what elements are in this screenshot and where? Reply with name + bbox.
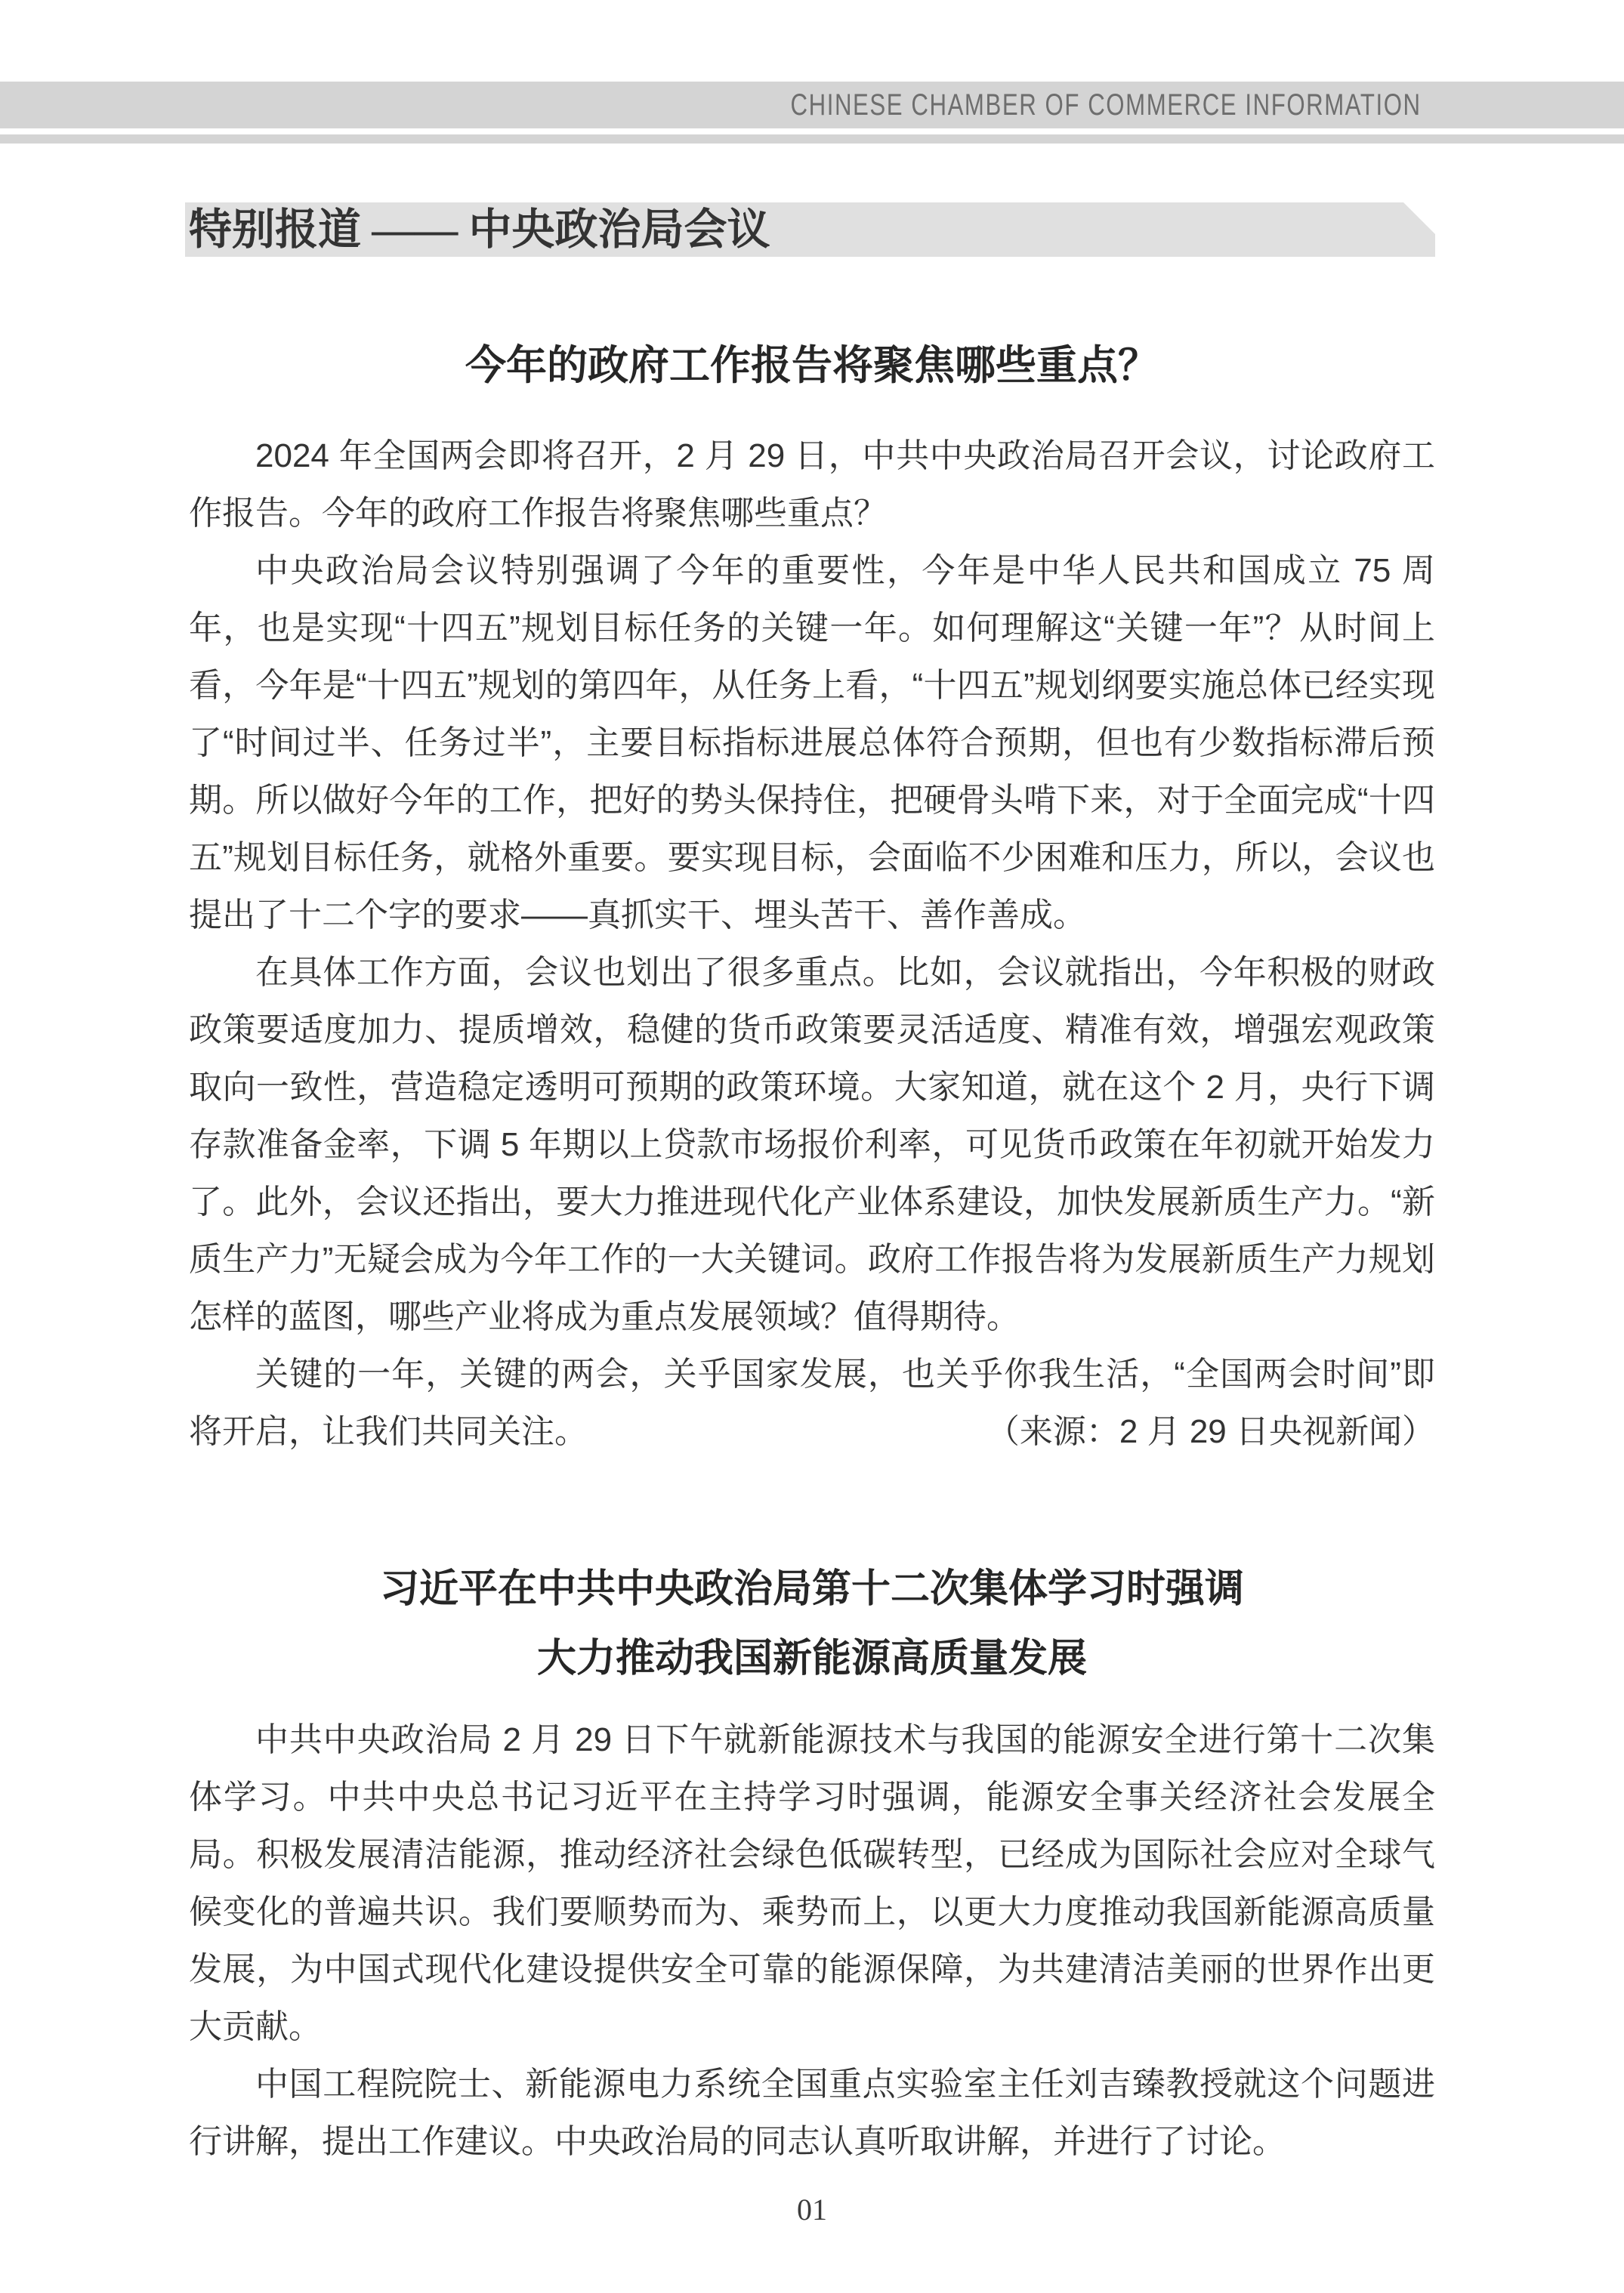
article1-title: 今年的政府工作报告将聚焦哪些重点？ [0, 335, 1624, 396]
section-header-bar: 特别报道 —— 中央政治局会议 [185, 202, 1435, 257]
masthead-rule [0, 134, 1624, 144]
page-number: 01 [0, 2192, 1624, 2228]
article2-paragraph: 中国工程院院士、新能源电力系统全国重点实验室主任刘吉臻教授就这个问题进行讲解，提… [189, 2056, 1435, 2171]
article2-paragraph: 中共中央政治局 2 月 29 日下午就新能源技术与我国的能源安全进行第十二次集体… [189, 1711, 1435, 2056]
article2-title-line1: 习近平在中共中央政治局第十二次集体学习时强调 [0, 1554, 1624, 1624]
article2-body: 中共中央政治局 2 月 29 日下午就新能源技术与我国的能源安全进行第十二次集体… [189, 1711, 1435, 2171]
section-header-title: 特别报道 —— 中央政治局会议 [185, 202, 1435, 257]
article1-paragraph: 在具体工作方面，会议也划出了很多重点。比如，会议就指出，今年积极的财政政策要适度… [189, 944, 1435, 1346]
article1-paragraph: 2024 年全国两会即将召开，2 月 29 日，中共中央政治局召开会议，讨论政府… [189, 427, 1435, 542]
newsletter-page: CHINESE CHAMBER OF COMMERCE INFORMATION … [0, 0, 1624, 2293]
article2-title-line2: 大力推动我国新能源高质量发展 [0, 1624, 1624, 1693]
article1-body: 2024 年全国两会即将召开，2 月 29 日，中共中央政治局召开会议，讨论政府… [189, 427, 1435, 1461]
article2-title: 习近平在中共中央政治局第十二次集体学习时强调 大力推动我国新能源高质量发展 [0, 1554, 1624, 1693]
masthead-bar: CHINESE CHAMBER OF COMMERCE INFORMATION [0, 82, 1624, 128]
article1-paragraph: 中央政治局会议特别强调了今年的重要性，今年是中华人民共和国成立 75 周年，也是… [189, 542, 1435, 944]
masthead-title: CHINESE CHAMBER OF COMMERCE INFORMATION [791, 82, 1422, 128]
